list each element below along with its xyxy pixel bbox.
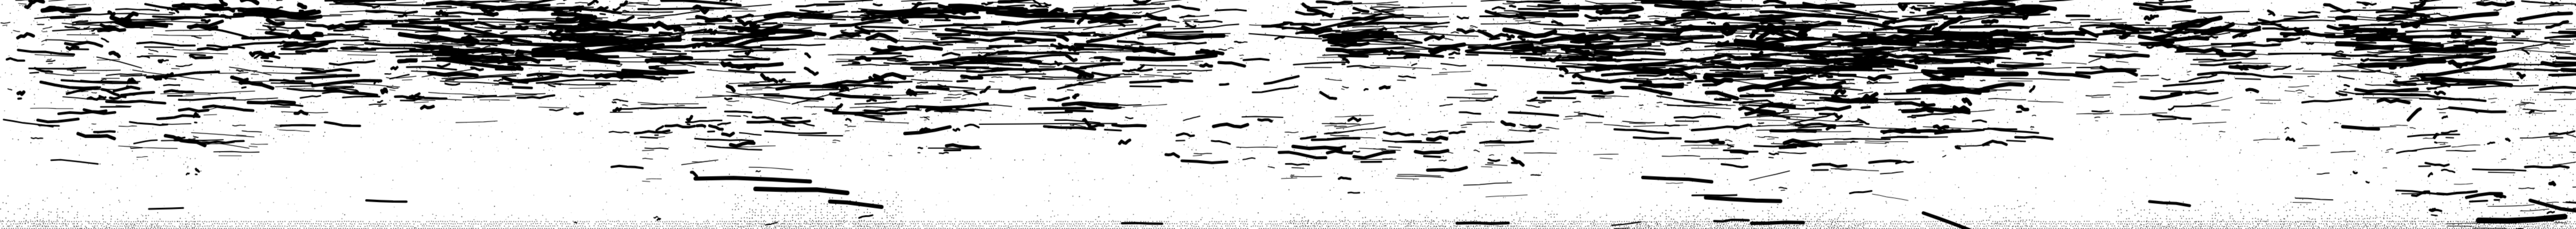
natural-image-canvas (0, 0, 2576, 229)
dithered-water-texture-panorama (0, 0, 2576, 229)
